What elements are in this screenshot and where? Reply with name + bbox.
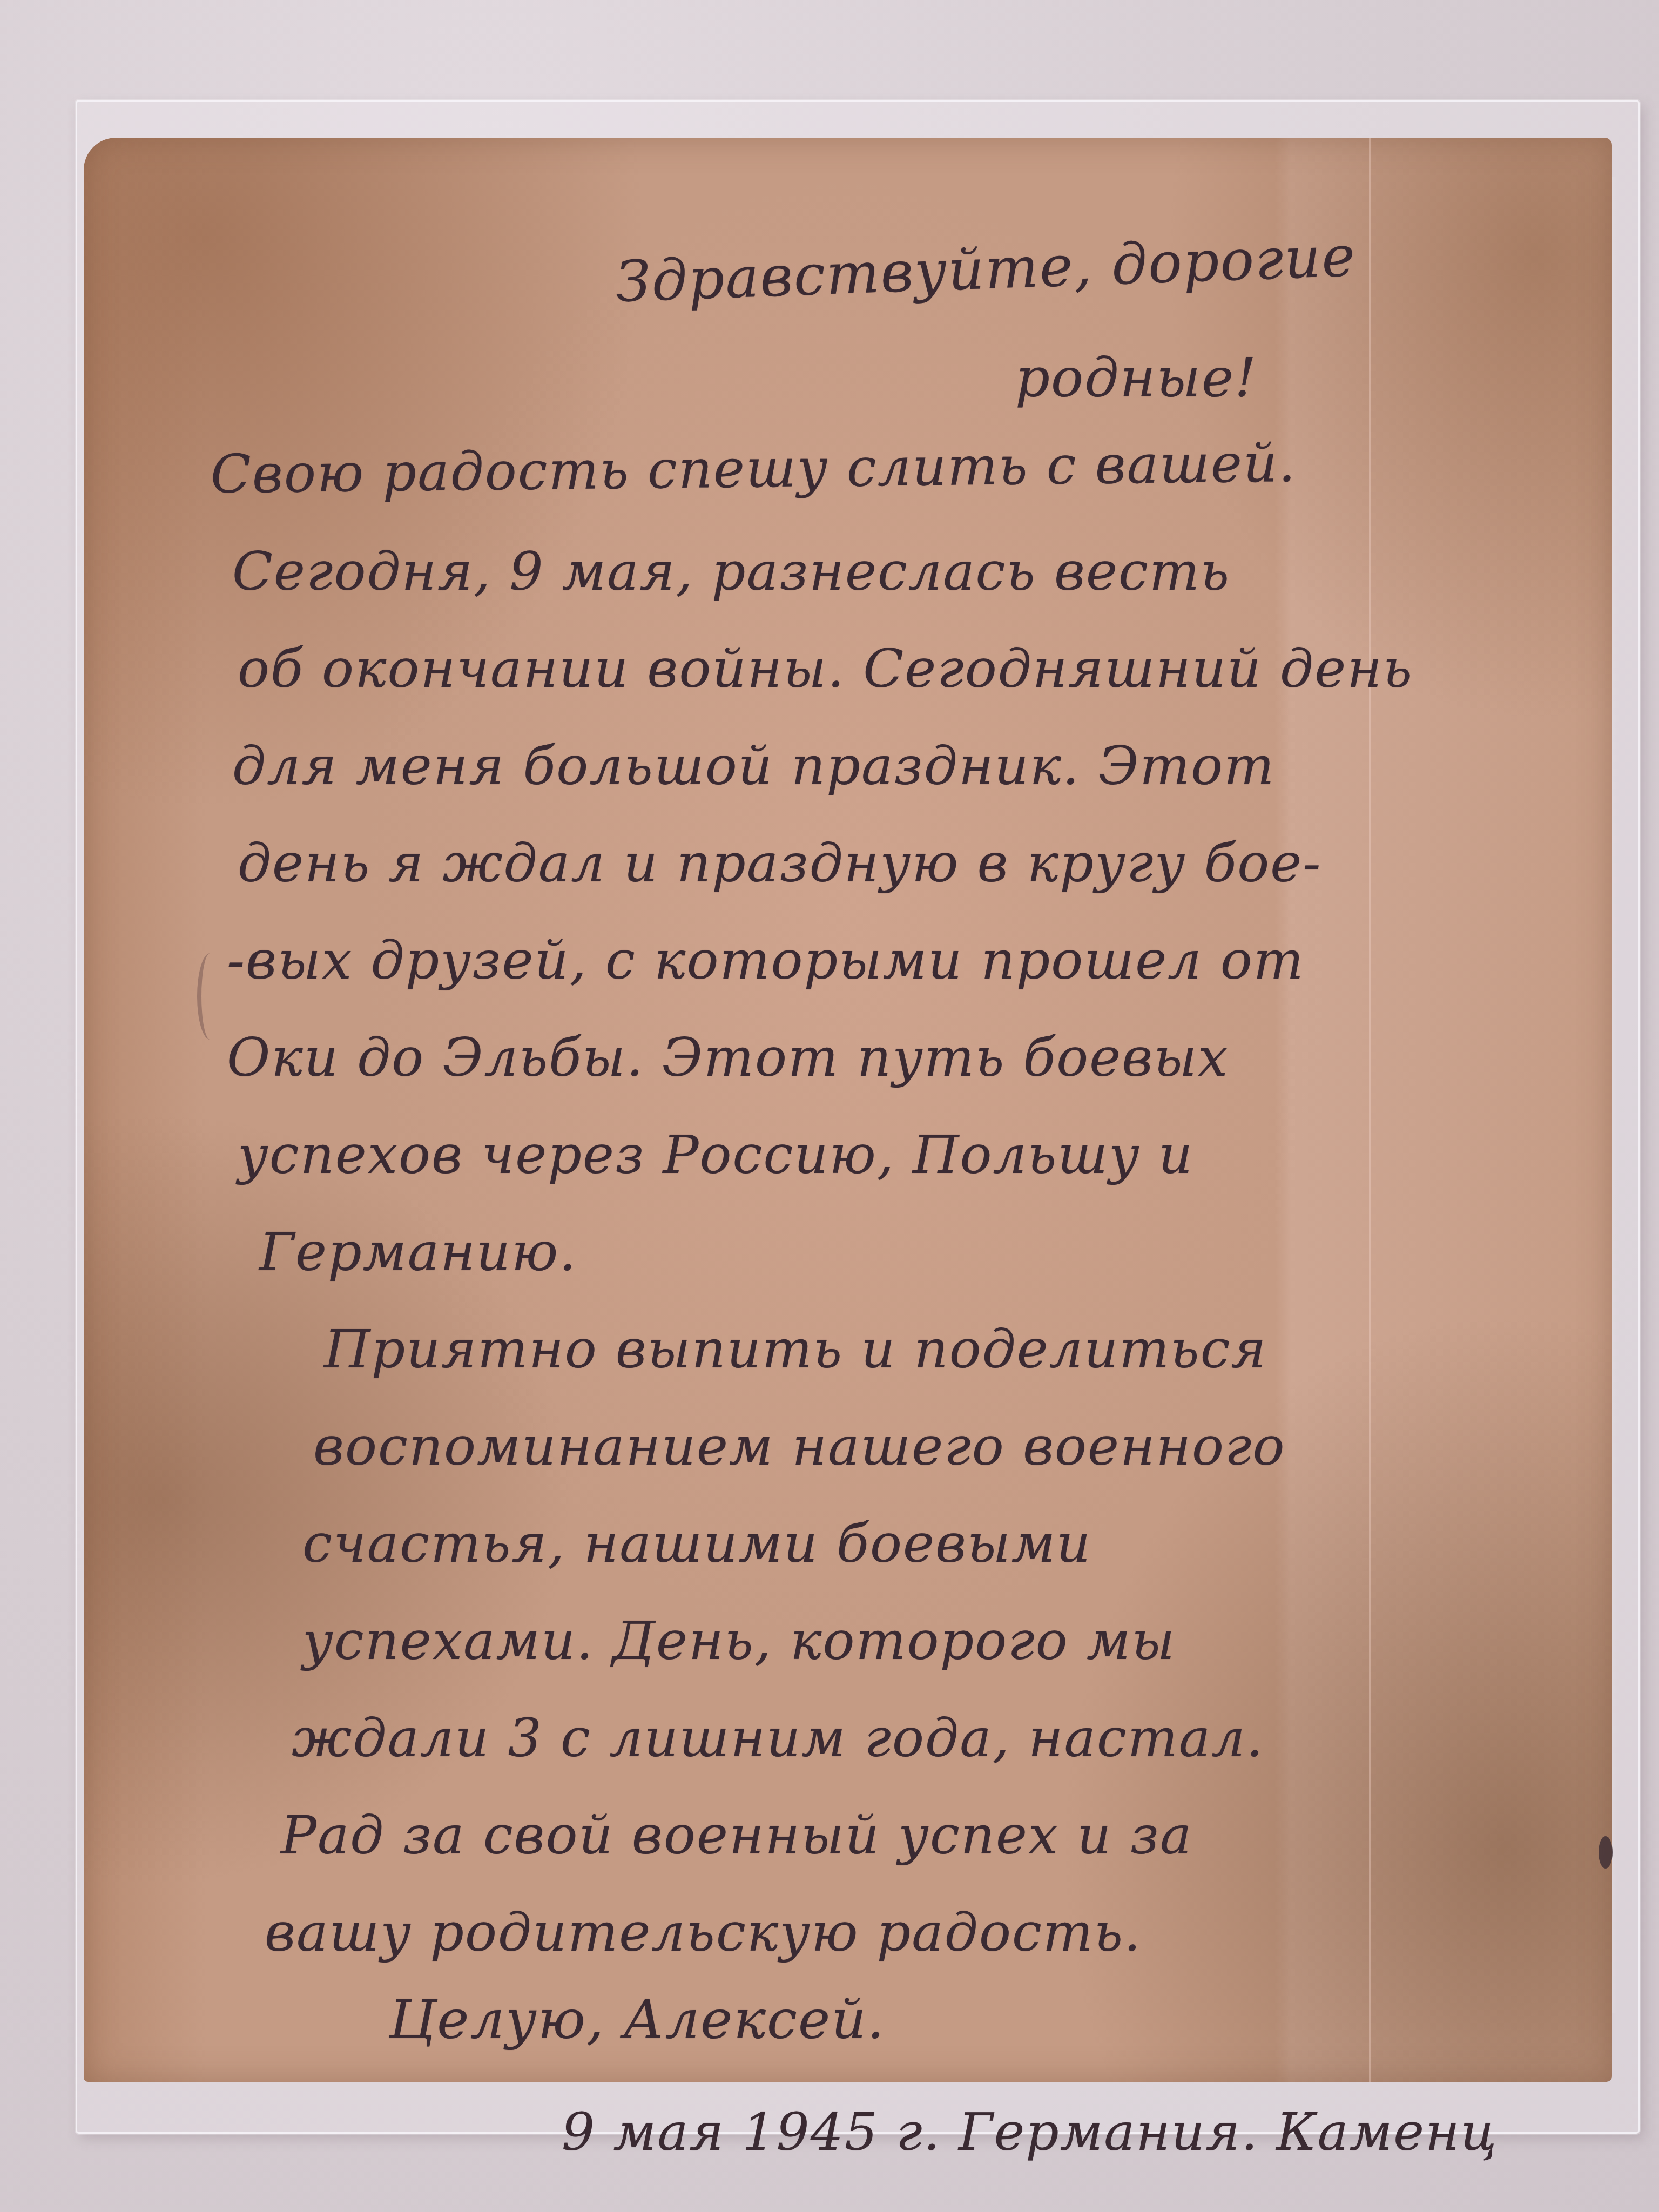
letter-line: счастья, нашими боевыми — [302, 1518, 1091, 1570]
ink-stain — [1599, 1836, 1613, 1869]
letter-line: Сегодня, 9 мая, разнеслась весть — [232, 545, 1230, 598]
paper-tear-mark — [197, 953, 223, 1040]
letter-line: для меня большой праздник. Этот — [232, 740, 1275, 793]
letter-line: воспоминанием нашего военного — [313, 1420, 1286, 1473]
letter-line: Свою радость спешу слить с вашей. — [210, 437, 1296, 501]
letter-line: день я ждал и праздную в кругу бое- — [238, 837, 1321, 890]
letter-line: вашу родительскую радость. — [265, 1906, 1142, 1959]
letter-line: об окончании войны. Сегодняшний день — [238, 643, 1413, 696]
letter-line: Рад за свой военный успех и за — [281, 1809, 1192, 1862]
letter-line: Германию. — [259, 1226, 577, 1279]
letter-line: -вых друзей, с которыми прошел от — [227, 934, 1305, 987]
letter-line: успехами. День, которого мы — [302, 1615, 1176, 1668]
paper-fold-line — [1369, 138, 1371, 2082]
greeting-line-2: родные! — [1015, 351, 1257, 405]
letter-line: Оки до Эльбы. Этот путь боевых — [227, 1031, 1229, 1084]
letter-line: успехов через Россию, Польшу и — [238, 1129, 1193, 1182]
letter-line: ждали 3 с лишним года, настал. — [292, 1712, 1264, 1765]
date-place-line: 9 мая 1945 г. Германия. Каменц — [562, 2106, 1498, 2158]
signature: Целую, Алексей. — [389, 1993, 885, 2047]
letter-paper — [84, 138, 1612, 2082]
letter-line: Приятно выпить и поделиться — [324, 1323, 1267, 1376]
